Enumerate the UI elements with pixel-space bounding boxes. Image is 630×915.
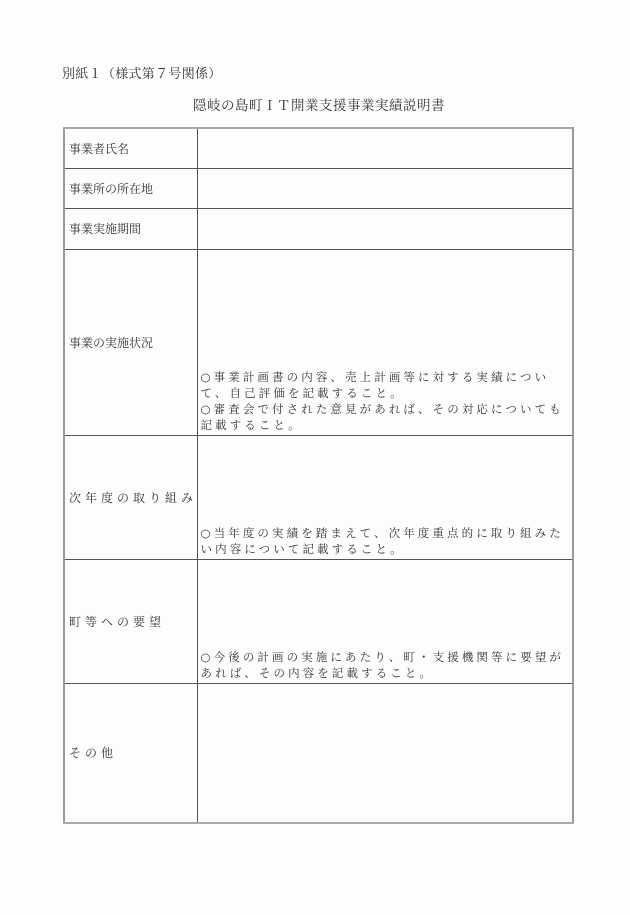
row-label: 事業の実施状況 (64, 249, 197, 435)
instruction-line: ○審査会で付された意見があれば、その対応についても記載すること。 (201, 401, 570, 433)
row-label: 町等への要望 (64, 559, 197, 683)
form-row-requests-to-town: 町等への要望 ○今後の計画の実施にあたり、町・支援機関等に要望があれば、その内容… (64, 559, 573, 683)
annex-label: 別紙１（様式第７号関係） (62, 63, 222, 82)
form-row-business-address: 事業所の所在地 (64, 168, 573, 208)
instruction-note: ○当年度の実績を踏まえて、次年度重点的に取り組みたい内容について記載すること。 (201, 525, 570, 557)
form-row-other: その他 (64, 683, 573, 823)
form-row-business-owner-name: 事業者氏名 (64, 128, 573, 168)
next-year-plans-field[interactable]: ○当年度の実績を踏まえて、次年度重点的に取り組みたい内容について記載すること。 (197, 435, 573, 559)
report-form-table: 事業者氏名 事業所の所在地 事業実施期間 事業の実施状況 ○事業計画書の内容、売… (63, 127, 574, 824)
instruction-line: ○今後の計画の実施にあたり、町・支援機関等に要望があれば、その内容を記載すること… (201, 649, 570, 681)
business-owner-name-field[interactable] (197, 128, 573, 168)
instruction-line: ○当年度の実績を踏まえて、次年度重点的に取り組みたい内容について記載すること。 (201, 525, 570, 557)
document-title: 隠岐の島町ＩＴ開業支援事業実績説明書 (193, 94, 445, 114)
instruction-note: ○事業計画書の内容、売上計画等に対する実績について、自己評価を記載すること。 ○… (201, 369, 570, 433)
business-address-field[interactable] (197, 168, 573, 208)
requests-to-town-field[interactable]: ○今後の計画の実施にあたり、町・支援機関等に要望があれば、その内容を記載すること… (197, 559, 573, 683)
row-label: 事業所の所在地 (64, 168, 197, 208)
form-row-next-year-plans: 次年度の取り組み ○当年度の実績を踏まえて、次年度重点的に取り組みたい内容につい… (64, 435, 573, 559)
row-label: 事業実施期間 (64, 208, 197, 249)
implementation-status-field[interactable]: ○事業計画書の内容、売上計画等に対する実績について、自己評価を記載すること。 ○… (197, 249, 573, 435)
form-row-implementation-period: 事業実施期間 (64, 208, 573, 249)
row-label: 次年度の取り組み (64, 435, 197, 559)
implementation-period-field[interactable] (197, 208, 573, 249)
instruction-note: ○今後の計画の実施にあたり、町・支援機関等に要望があれば、その内容を記載すること… (201, 649, 570, 681)
form-row-implementation-status: 事業の実施状況 ○事業計画書の内容、売上計画等に対する実績について、自己評価を記… (64, 249, 573, 435)
instruction-line: ○事業計画書の内容、売上計画等に対する実績について、自己評価を記載すること。 (201, 369, 570, 401)
row-label: 事業者氏名 (64, 128, 197, 168)
other-field[interactable] (197, 683, 573, 823)
row-label: その他 (64, 683, 197, 823)
